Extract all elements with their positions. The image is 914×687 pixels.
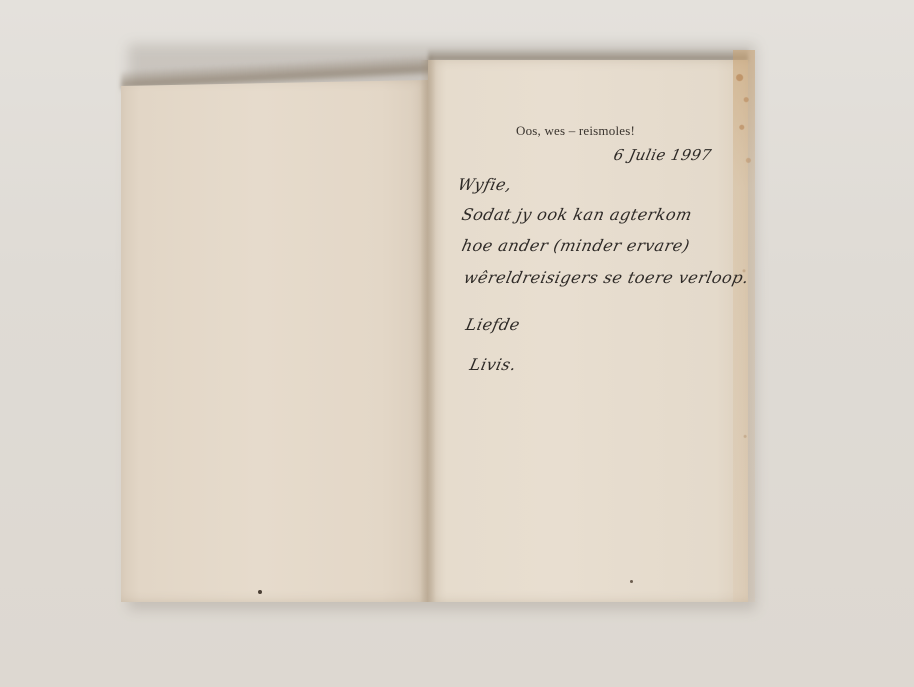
book-spine bbox=[420, 60, 436, 602]
inscription-closing: Liefde bbox=[464, 315, 522, 334]
inscription-date: 6 Julie 1997 bbox=[612, 146, 713, 164]
left-page bbox=[121, 80, 428, 602]
printed-page-title: Oos, wes – reismoles! bbox=[516, 123, 635, 139]
paper-speck bbox=[258, 590, 262, 594]
inscription-line: hoe ander (minder ervare) bbox=[460, 236, 692, 255]
inscription-line: Wyfie, bbox=[456, 175, 514, 194]
inscription-signature: Livis. bbox=[468, 355, 518, 374]
inscription-line: wêreldreisigers se toere verloop. bbox=[462, 268, 751, 287]
page-foxing-stains bbox=[733, 50, 755, 602]
inscription-line: Sodat jy ook kan agterkom bbox=[460, 205, 694, 224]
photo-scene: Oos, wes – reismoles! 6 Julie 1997 Wyfie… bbox=[0, 0, 914, 687]
paper-speck bbox=[630, 580, 633, 583]
